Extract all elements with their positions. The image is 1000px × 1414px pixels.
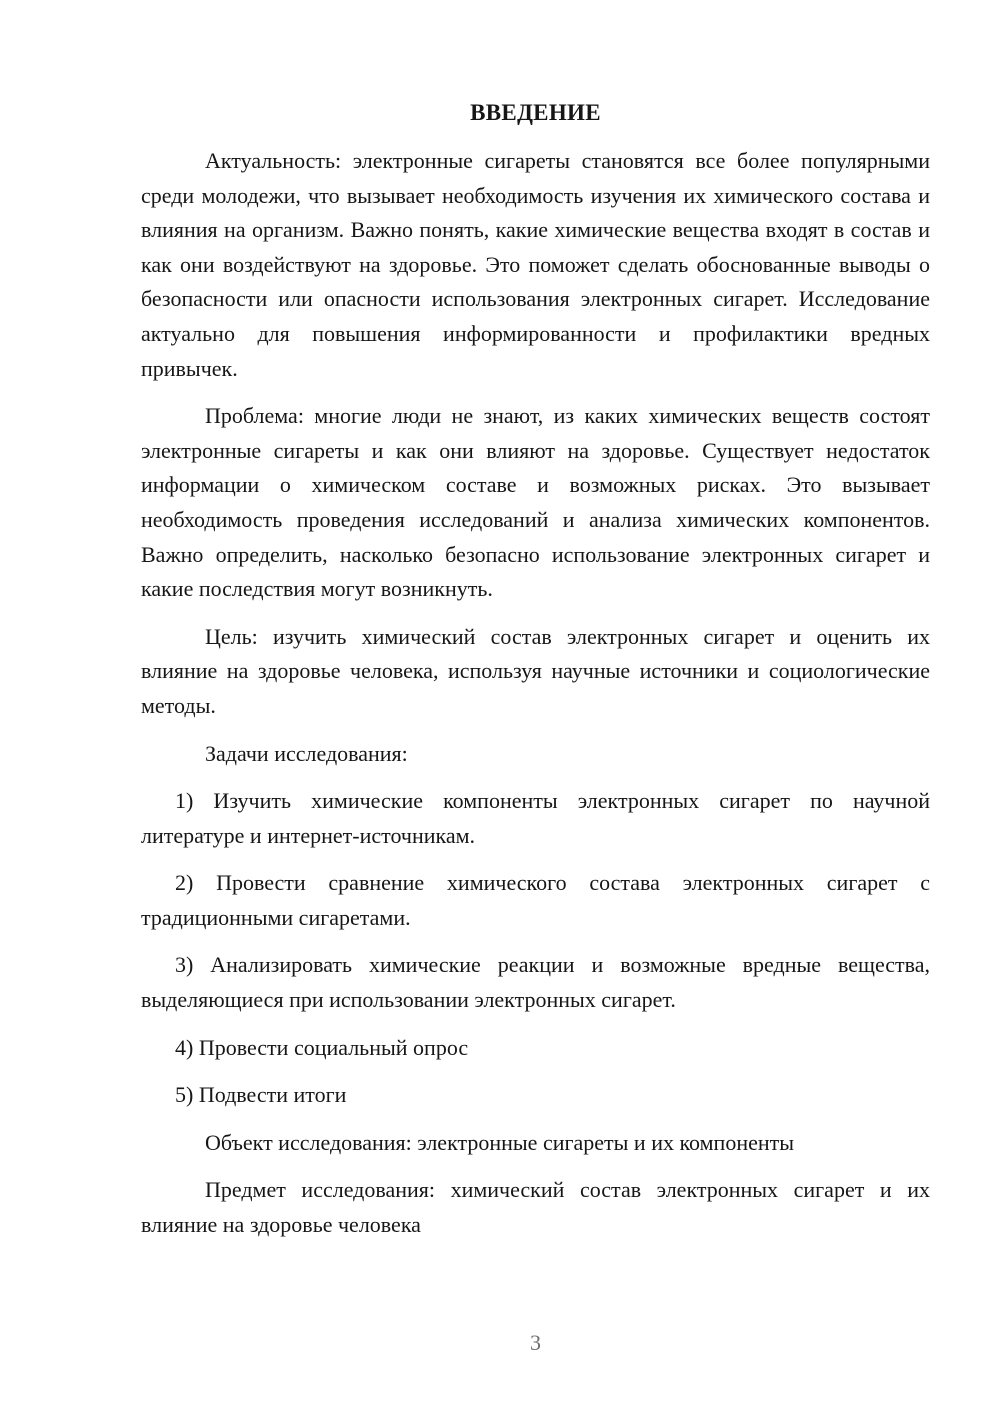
page-title: ВВЕДЕНИЕ bbox=[141, 95, 930, 130]
paragraph-goal: Цель: изучить химический состав электрон… bbox=[141, 620, 930, 724]
task-item-4: 4) Провести социальный опрос bbox=[141, 1031, 930, 1066]
paragraph-problem: Проблема: многие люди не знают, из каких… bbox=[141, 399, 930, 607]
task-item-1: 1) Изучить химические компоненты электро… bbox=[141, 784, 930, 853]
page-number: 3 bbox=[141, 1328, 930, 1358]
document-page: ВВЕДЕНИЕ Актуальность: электронные сигар… bbox=[0, 0, 1000, 1414]
task-item-3: 3) Анализировать химические реакции и во… bbox=[141, 948, 930, 1017]
paragraph-research-object: Объект исследования: электронные сигарет… bbox=[141, 1126, 930, 1161]
task-item-2: 2) Провести сравнение химического состав… bbox=[141, 866, 930, 935]
paragraph-research-subject: Предмет исследования: химический состав … bbox=[141, 1173, 930, 1242]
paragraph-actuality: Актуальность: электронные сигареты стано… bbox=[141, 144, 930, 386]
task-item-5: 5) Подвести итоги bbox=[141, 1078, 930, 1113]
tasks-heading: Задачи исследования: bbox=[141, 737, 930, 772]
